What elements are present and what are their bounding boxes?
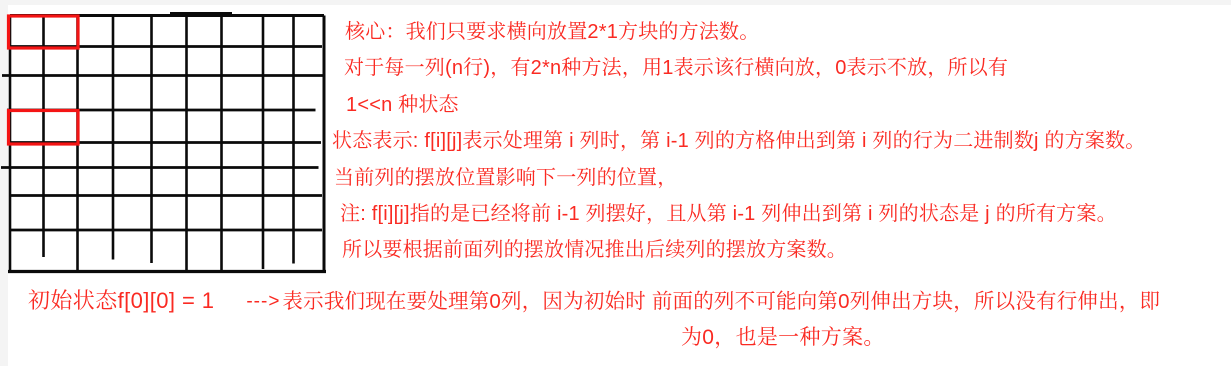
note-line: 对于每一列(n行)，有2*n种方法，用1表示该行横向放，0表示不放，所以有 xyxy=(330,50,1231,86)
initial-state-text: 初始状态f[0][0] = 1 xyxy=(28,287,214,315)
footer-line-1: 初始状态f[0][0] = 1 ---> 表示我们现在要处理第0列，因为初始时 … xyxy=(0,287,1231,317)
note-canvas: 核心：我们只要求横向放置2*1方块的方法数。 对于每一列(n行)，有2*n种方法… xyxy=(0,0,1231,366)
note-line: 注: f[i][j]指的是已经将前 i-1 列摆好，且从第 i-1 列伸出到第 … xyxy=(330,196,1231,232)
note-line: 当前列的摆放位置影响下一列的位置， xyxy=(330,160,1231,196)
note-line: 所以要根据前面列的摆放情况推出后续列的摆放方案数。 xyxy=(330,232,1231,268)
notes-block: 核心：我们只要求横向放置2*1方块的方法数。 对于每一列(n行)，有2*n种方法… xyxy=(330,14,1231,269)
footer-explanation-2: 为0，也是一种方案。 xyxy=(681,325,1231,351)
note-line: 核心：我们只要求横向放置2*1方块的方法数。 xyxy=(330,14,1231,50)
grid-figure xyxy=(0,0,340,290)
note-line: 1<<n 种状态 xyxy=(330,87,1231,123)
footer-explanation-1: 表示我们现在要处理第0列，因为初始时 前面的列不可能向第0列伸出方块，所以没有行… xyxy=(282,288,1160,316)
arrow-text: ---> xyxy=(246,288,280,316)
footer-block: 初始状态f[0][0] = 1 ---> 表示我们现在要处理第0列，因为初始时 … xyxy=(0,287,1231,351)
note-line: 状态表示: f[i][j]表示处理第 i 列时，第 i-1 列的方格伸出到第 i… xyxy=(330,123,1231,159)
